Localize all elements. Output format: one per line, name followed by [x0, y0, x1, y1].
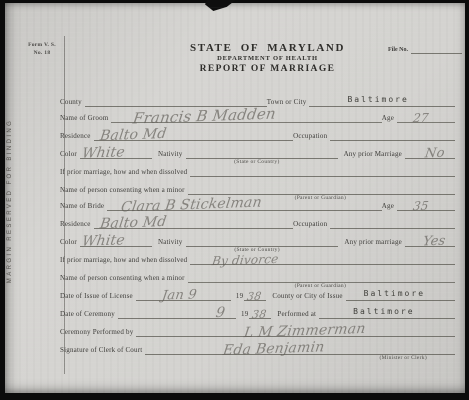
ceremony-year-line: 38 [249, 309, 271, 319]
clerk-signature-label: Signature of Clerk of Court [60, 346, 145, 355]
groom-age-line: 27 [397, 113, 455, 123]
groom-residence-line: Balto Md [94, 131, 293, 141]
groom-nativity-line: (State or Country) [186, 149, 338, 159]
license-date-label: Date of Issue of License [60, 292, 136, 301]
ceremony-year-prefix: 19 [236, 310, 249, 319]
state-title: STATE OF MARYLAND [130, 42, 405, 54]
clerk-hint: (Minister or Clerk) [379, 355, 427, 361]
bride-name-line: Clara B Stickelman [107, 201, 382, 211]
groom-occupation-label: Occupation [293, 132, 330, 141]
form-reference: Form V. S. No. 18 [24, 41, 60, 57]
bride-prior-label: Any prior marriage [338, 238, 405, 247]
row-bride-color-nativity: Color White Nativity (State or Country) … [60, 237, 455, 247]
row-bride-residence: Residence Balto Md Occupation [60, 219, 455, 229]
bride-age-label: Age [382, 202, 397, 211]
bride-age-line: 35 [397, 201, 455, 211]
row-ceremony-date: Date of Ceremony 9 19 38 Performed at Ba… [60, 309, 455, 319]
row-bride-consent: Name of person consenting when a minor (… [60, 273, 455, 283]
performed-at-label: Performed at [271, 310, 319, 319]
groom-age-label: Age [382, 114, 397, 123]
form-ref-line: Form V. S. [24, 41, 60, 49]
bride-dissolved-line: By divorce [190, 255, 455, 265]
row-bride-name: Name of Bride Clara B Stickelman Age 35 [60, 201, 455, 211]
groom-name-label: Name of Groom [60, 114, 111, 123]
performed-by-label: Ceremony Performed by [60, 328, 136, 337]
town-label: Town or City [267, 98, 310, 107]
town-line: Baltimore [309, 97, 455, 107]
ceremony-date-label: Date of Ceremony [60, 310, 118, 319]
scanned-marriage-record: Form V. S. No. 18 MARGIN RESERVED FOR BI… [0, 0, 469, 400]
row-groom-residence: Residence Balto Md Occupation [60, 131, 455, 141]
groom-dissolved-label: If prior marriage, how and when dissolve… [60, 168, 190, 177]
margin-binding-note: MARGIN RESERVED FOR BINDING [7, 107, 17, 295]
report-title: REPORT OF MARRIAGE [130, 64, 405, 74]
performed-by-line: L M Zimmerman [136, 327, 455, 337]
groom-dissolved-line [190, 167, 455, 177]
bride-color-line: White [80, 237, 152, 247]
clerk-signature-line: Eda Benjamin (Minister or Clerk) [145, 345, 455, 355]
groom-consent-label: Name of person consenting when a minor [60, 186, 188, 195]
license-year-line: 38 [244, 291, 266, 301]
bride-occupation-line [330, 219, 455, 229]
bride-dissolved-label: If prior marriage, how and when dissolve… [60, 256, 190, 265]
performed-at-line: Baltimore [319, 309, 455, 319]
license-place-label: County or City of Issue [266, 292, 345, 301]
document-header: STATE OF MARYLAND DEPARTMENT OF HEALTH R… [130, 42, 405, 74]
row-performed-by: Ceremony Performed by L M Zimmerman [60, 327, 455, 337]
bride-residence-line: Balto Md [94, 219, 293, 229]
groom-residence-label: Residence [60, 132, 94, 141]
groom-occupation-line [330, 131, 455, 141]
groom-color-line: White [80, 149, 152, 159]
town-value: Baltimore [347, 95, 408, 104]
bride-residence-label: Residence [60, 220, 94, 229]
bride-nativity-label: Nativity [152, 238, 186, 247]
bride-color-label: Color [60, 238, 80, 247]
ceremony-date-line: 9 [118, 309, 236, 319]
bride-prior-line: Yes [405, 237, 455, 247]
row-county-town: County Town or City Baltimore [60, 97, 455, 107]
bride-consent-line: (Parent or Guardian) [188, 273, 455, 283]
bride-consent-hint: (Parent or Guardian) [295, 283, 347, 289]
bride-nativity-line: (State or Country) [186, 237, 339, 247]
groom-nativity-label: Nativity [152, 150, 186, 159]
county-line [85, 97, 267, 107]
row-groom-consent: Name of person consenting when a minor (… [60, 185, 455, 195]
license-place-line: Baltimore [346, 291, 455, 301]
row-groom-dissolved: If prior marriage, how and when dissolve… [60, 167, 455, 177]
license-date-line: Jan 9 [136, 291, 231, 301]
row-clerk-signature: Signature of Clerk of Court Eda Benjamin… [60, 345, 455, 355]
row-groom-name: Name of Groom Francis B Madden Age 27 [60, 113, 455, 123]
license-year-prefix: 19 [231, 292, 244, 301]
county-label: County [60, 98, 85, 107]
groom-color-label: Color [60, 150, 80, 159]
bride-name-label: Name of Bride [60, 202, 107, 211]
performed-at-value: Baltimore [353, 307, 414, 316]
groom-prior-label: Any prior Marriage [338, 150, 405, 159]
groom-name-line: Francis B Madden [111, 113, 381, 123]
bride-nativity-hint: (State or Country) [234, 247, 279, 253]
bride-consent-label: Name of person consenting when a minor [60, 274, 188, 283]
file-no-label: File No. [388, 47, 411, 54]
row-bride-dissolved: If prior marriage, how and when dissolve… [60, 255, 455, 265]
license-place-value: Baltimore [364, 289, 425, 298]
row-groom-color-nativity: Color White Nativity (State or Country) … [60, 149, 455, 159]
groom-prior-line: No [405, 149, 455, 159]
row-license: Date of Issue of License Jan 9 19 38 Cou… [60, 291, 455, 301]
groom-nativity-hint: (State or Country) [234, 159, 279, 165]
file-no-line [411, 44, 462, 54]
form-number-line: No. 18 [24, 49, 60, 57]
department-subtitle: DEPARTMENT OF HEALTH [130, 55, 405, 62]
file-number-field: File No. [388, 44, 462, 54]
bride-occupation-label: Occupation [293, 220, 330, 229]
groom-consent-line: (Parent or Guardian) [188, 185, 455, 195]
